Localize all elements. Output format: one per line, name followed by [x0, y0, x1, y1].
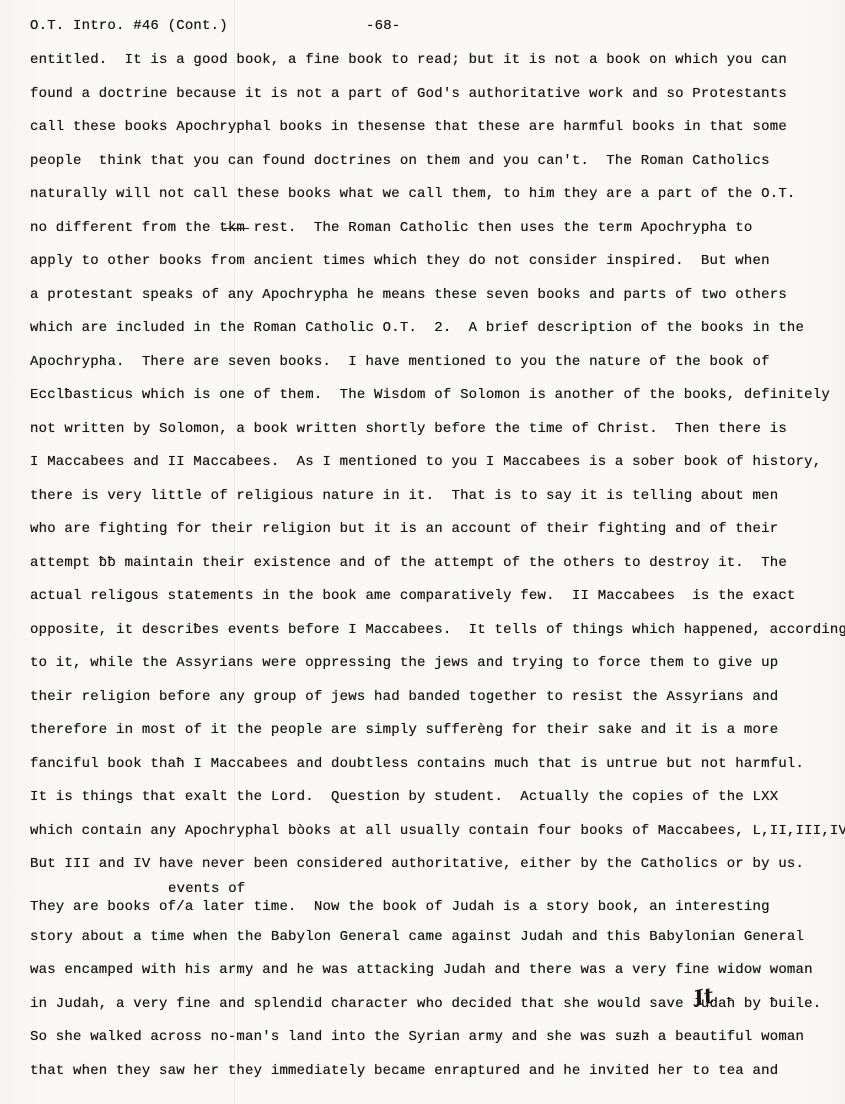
- text-line: So she walked across no-man's land into …: [30, 1021, 845, 1055]
- text-line: But III and IV have never been considere…: [30, 848, 845, 882]
- text-line: there is very little of religious nature…: [30, 480, 845, 514]
- text-line: found a doctrine because it is not a par…: [30, 78, 845, 112]
- header-course-title: O.T. Intro. #46 (Cont.): [30, 18, 228, 34]
- text-line: I Maccabees and II Maccabees. As I menti…: [30, 446, 845, 480]
- text-line: It is things that exalt the Lord. Questi…: [30, 781, 845, 815]
- text-line: was encamped with his army and he was at…: [30, 954, 845, 988]
- text-line: Apochrypha. There are seven books. I hav…: [30, 346, 845, 380]
- text-line: Ecclƀasticus which is one of them. The W…: [30, 379, 845, 413]
- text-line: their religion before any group of jews …: [30, 681, 845, 715]
- text-line: no different from the t̶k̶m̶ rest. The R…: [30, 212, 845, 246]
- text-line: story about a time when the Babylon Gene…: [30, 921, 845, 955]
- text-line: who are fighting for their religion but …: [30, 513, 845, 547]
- text-line: entitled. It is a good book, a fine book…: [30, 44, 845, 78]
- text-line: They are books of/a later time. Now the …: [30, 897, 845, 921]
- text-line: which are included in the Roman Catholic…: [30, 312, 845, 346]
- text-line: a protestant speaks of any Apochrypha he…: [30, 279, 845, 313]
- text-line: actual religous statements in the book a…: [30, 580, 845, 614]
- inserted-correction-line: events of: [30, 882, 845, 897]
- text-line: naturally will not call these books what…: [30, 178, 845, 212]
- text-line: call these books Apochryphal books in th…: [30, 111, 845, 145]
- text-line: therefore in most of it the people are s…: [30, 714, 845, 748]
- text-line: not written by Solomon, a book written s…: [30, 413, 845, 447]
- text-line: attempt ƀƀ maintain their existence and …: [30, 547, 845, 581]
- text-line: in Judah, a very fine and splendid chara…: [30, 988, 845, 1022]
- text-line: that when they saw her they immediately …: [30, 1055, 845, 1089]
- text-line: people think that you can found doctrine…: [30, 145, 845, 179]
- text-line: apply to other books from ancient times …: [30, 245, 845, 279]
- text-line: to it, while the Assyrians were oppressi…: [30, 647, 845, 681]
- typewritten-body: entitled. It is a good book, a fine book…: [30, 44, 845, 1088]
- page-number: -68-: [366, 18, 400, 34]
- text-line: fanciful book thaħ I Maccabees and doubt…: [30, 748, 845, 782]
- document-page: O.T. Intro. #46 (Cont.) -68- entitled. I…: [0, 0, 845, 1104]
- text-line: which contain any Apochryphal bòoks at a…: [30, 815, 845, 849]
- text-line: opposite, it descriƀes events before I M…: [30, 614, 845, 648]
